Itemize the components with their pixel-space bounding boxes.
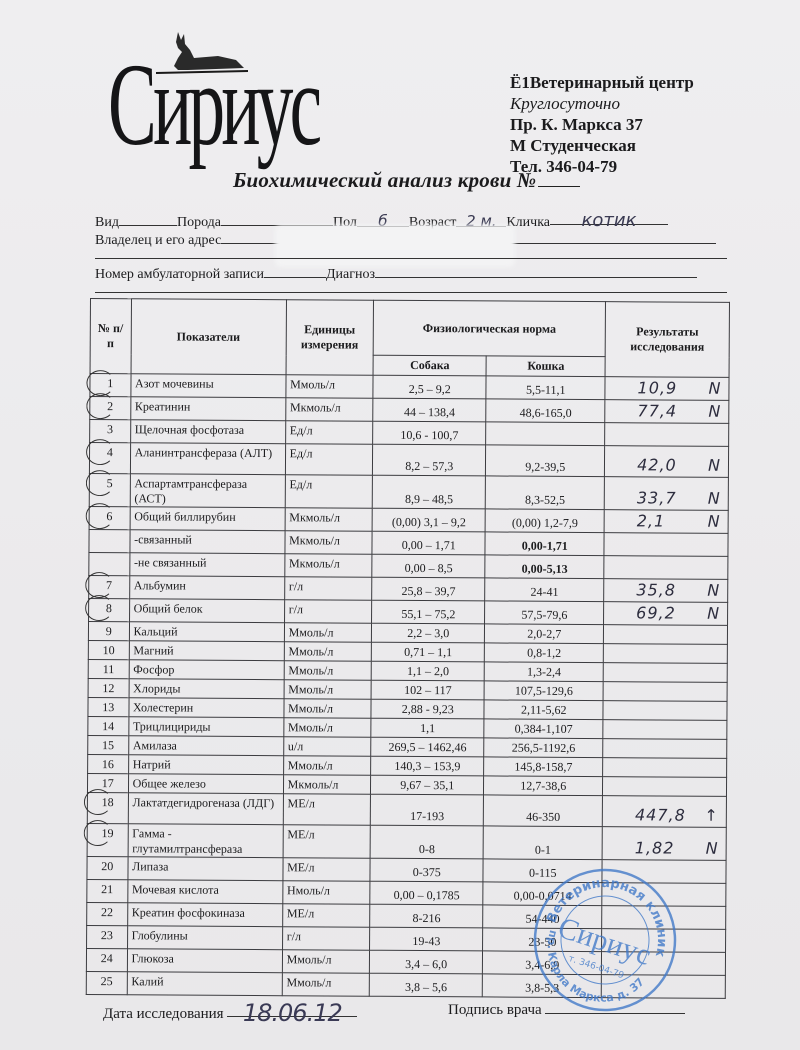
cat-norm-cell: 0,00-1,71 <box>485 532 604 556</box>
result-cell: 447,8↑ <box>602 796 726 828</box>
dog-norm-cell: 0,00 – 1,71 <box>372 531 486 555</box>
table-row: 4Аланинтрансфераза (АЛТ)Ед/л8,2 – 57,39,… <box>89 443 728 478</box>
dog-norm: 8,9 – 48,5 <box>405 492 453 506</box>
row-number-cell: 12 <box>88 678 129 697</box>
dog-norm-cell: 3,8 – 5,6 <box>369 973 483 997</box>
cat-norm-cell: 256,5-1192,6 <box>484 738 603 758</box>
row-number-cell: 21 <box>87 879 128 902</box>
header-results: Результаты исследования <box>605 302 729 378</box>
row-number: 25 <box>101 974 113 988</box>
unit: Ммоль/л <box>288 644 333 658</box>
circle-mark-icon <box>84 820 112 846</box>
dog-norm-cell: 0,00 – 8,5 <box>372 554 486 578</box>
dog-norm: 55,1 – 75,2 <box>401 607 455 621</box>
study-date-label: Дата исследования <box>103 1006 224 1022</box>
cat-norm: 256,5-1192,6 <box>512 741 576 755</box>
result-cell <box>603 739 727 759</box>
unit-cell: Ммоль/л <box>284 661 372 681</box>
unit-cell: Ммоль/л <box>284 680 372 700</box>
clinic-hours: Круглосуточно <box>510 93 694 114</box>
dog-norm-cell: 8-216 <box>370 904 484 928</box>
dog-norm: 0,00 – 8,5 <box>405 561 453 575</box>
unit: Ммоль/л <box>288 663 333 677</box>
unit: Мкмоль/л <box>290 400 341 414</box>
row-number: 13 <box>102 700 114 714</box>
indicator-name: Креатинин <box>135 399 191 413</box>
dog-norm: 0,00 – 1,71 <box>402 538 456 552</box>
indicator-name-cell: Фосфор <box>129 660 284 680</box>
indicator-name-cell: Креатинин <box>130 397 285 421</box>
unit: МЕ/л <box>288 796 315 810</box>
indicator-name-cell: Общее железо <box>128 774 283 794</box>
indicator-name: Гамма - глутамилтрансфераза <box>132 826 242 856</box>
dog-norm-cell: 1,1 <box>371 718 485 738</box>
cat-norm-cell: 0,384-1,107 <box>484 719 603 739</box>
circle-mark-icon <box>86 470 114 496</box>
circle-mark-icon <box>84 789 112 815</box>
cat-norm: 0,00-1,71 <box>522 539 568 553</box>
result-value: 77,4 <box>637 401 677 420</box>
unit: Ед/л <box>290 446 313 460</box>
row-number-cell: 8 <box>89 598 130 621</box>
unit: Мкмоль/л <box>289 533 340 547</box>
cat-norm: (0,00) 1,2-7,9 <box>512 516 578 530</box>
row-number: 12 <box>102 681 114 695</box>
indicator-name: Глобулины <box>132 928 188 942</box>
circle-mark-icon <box>85 595 113 621</box>
dog-norm-cell: 19-43 <box>370 927 484 951</box>
row-number-cell: 15 <box>88 735 129 754</box>
dog-norm-cell: 2,5 – 9,2 <box>373 375 487 399</box>
indicator-name: Холестерин <box>133 700 193 714</box>
owner-label: Владелец и его адрес <box>95 233 221 248</box>
result-flag: N <box>708 456 720 475</box>
unit-cell: Ммоль/л <box>283 756 371 776</box>
cat-norm: 2,0-2,7 <box>527 627 561 641</box>
indicator-name-cell: Щелочная фосфотаза <box>130 420 285 444</box>
document-title-text: Биохимический анализ крови № <box>233 168 536 192</box>
dog-norm-cell: 55,1 – 75,2 <box>372 600 486 624</box>
indicator-name: Липаза <box>132 859 168 873</box>
header-norm: Физиологическая норма <box>373 300 605 356</box>
cat-norm-cell: 12,7-38,6 <box>484 776 603 796</box>
result-cell <box>603 758 727 778</box>
unit-cell: Ммоль/л <box>284 623 372 643</box>
row-number-cell: 14 <box>88 716 129 735</box>
indicator-name-cell: Холестерин <box>129 698 284 718</box>
unit: Ммоль/л <box>288 682 333 696</box>
row-number: 3 <box>107 422 113 436</box>
indicator-name: Общее железо <box>133 776 206 790</box>
cat-norm-cell: 9,2-39,5 <box>486 445 605 477</box>
unit: МЕ/л <box>287 860 314 874</box>
result-flag: N <box>708 489 720 508</box>
indicator-name: Трицлицириды <box>133 719 211 733</box>
row-number: 17 <box>102 776 114 790</box>
unit: Мкмоль/л <box>289 510 340 524</box>
unit: Нмоль/л <box>287 883 330 897</box>
unit-cell: г/л <box>284 600 372 624</box>
indicator-name: Мочевая кислота <box>132 882 219 897</box>
result-flag: N <box>708 379 720 398</box>
header-indicator: Показатели <box>131 299 287 375</box>
unit: Ммоль/л <box>288 758 333 772</box>
row-number-cell: 19 <box>87 823 128 856</box>
indicator-name: Магний <box>133 643 173 657</box>
header-units: Единицы измерения <box>286 300 374 376</box>
indicator-name: Лактатдегидрогеназа (ЛДГ) <box>132 795 274 810</box>
cat-norm-cell: 1,3-2,4 <box>485 662 604 682</box>
dog-norm: 2,2 – 3,0 <box>407 626 449 640</box>
dog-norm-cell: 0-375 <box>370 858 484 882</box>
indicator-name-cell: -не связанный <box>129 553 284 577</box>
cat-norm: 0,8-1,2 <box>527 646 561 660</box>
result-cell <box>603 682 727 702</box>
result-cell <box>604 556 728 580</box>
unit-cell: Мкмоль/л <box>285 531 373 555</box>
unit-cell: Ммоль/л <box>286 375 374 399</box>
indicator-name: Общий биллирубин <box>134 509 236 524</box>
table-row: 5Аспартамтрансфераза (АСТ)Ед/л8,9 – 48,5… <box>89 473 728 510</box>
row-number-cell: 4 <box>89 443 130 474</box>
clinic-info: Ё1Ветеринарный центр Круглосуточно Пр. К… <box>510 72 694 177</box>
header-num: № п/п <box>90 299 131 374</box>
cat-norm: 48,6-165,0 <box>520 406 572 420</box>
result-cell: 2,1N <box>604 510 728 534</box>
row-number-cell: 9 <box>88 621 129 640</box>
indicator-name: Хлориды <box>133 681 180 695</box>
dog-norm: 3,4 – 6,0 <box>405 957 447 971</box>
row-number-cell: 25 <box>86 971 127 994</box>
row-number: 22 <box>101 905 113 919</box>
cat-norm: 57,5-79,6 <box>521 608 567 622</box>
cat-norm: 0,384-1,107 <box>515 722 573 736</box>
unit: Мкмоль/л <box>288 777 339 791</box>
unit-cell: Нмоль/л <box>282 881 370 905</box>
breed-field <box>221 211 333 226</box>
indicator-name: Калий <box>131 974 163 988</box>
cat-norm: 1,3-2,4 <box>527 665 561 679</box>
circle-mark-icon <box>86 503 114 529</box>
dog-norm: 0-8 <box>419 842 435 856</box>
unit: Ммоль/л <box>288 701 333 715</box>
indicator-name-cell: Липаза <box>128 857 283 881</box>
result-value: 69,2 <box>636 603 676 622</box>
circle-mark-icon <box>86 393 114 419</box>
cat-norm: 145,8-158,7 <box>514 760 572 774</box>
result-value: 35,8 <box>636 580 676 599</box>
dog-norm-cell: 0,00 – 0,1785 <box>370 881 484 905</box>
dog-norm-cell: 8,2 – 57,3 <box>372 444 486 476</box>
dog-norm-cell: 140,3 – 153,9 <box>371 756 485 776</box>
indicator-name-cell: Мочевая кислота <box>127 880 282 904</box>
header-dog: Собака <box>373 355 487 376</box>
row-number: 23 <box>101 928 113 942</box>
dog-norm-cell: 3,4 – 6,0 <box>369 950 483 974</box>
indicator-name-cell: Трицлицириды <box>128 717 283 737</box>
indicator-name: Аланинтрансфераза (АЛТ) <box>135 445 273 460</box>
row-number: 10 <box>103 643 115 657</box>
species-field <box>119 211 177 226</box>
unit: Мкмоль/л <box>289 556 340 570</box>
cat-norm: 5,5-11,1 <box>526 383 566 397</box>
dog-norm-cell: 102 – 117 <box>371 680 485 700</box>
result-cell: 35,8N <box>604 579 728 603</box>
unit: г/л <box>289 579 303 593</box>
cat-norm: 12,7-38,6 <box>520 779 566 793</box>
dog-norm-cell: 2,88 - 9,23 <box>371 699 485 719</box>
cat-norm-cell: 0,8-1,2 <box>485 643 604 663</box>
cat-norm-cell: 48,6-165,0 <box>486 399 605 423</box>
unit-cell: Ммоль/л <box>283 718 371 738</box>
dog-norm: (0,00) 3,1 – 9,2 <box>392 515 466 529</box>
indicator-name-cell: Натрий <box>128 755 283 775</box>
result-cell <box>603 644 727 664</box>
indicator-name-cell: Аланинтрансфераза (АЛТ) <box>130 443 285 475</box>
row-number-cell: 18 <box>87 792 128 823</box>
unit: МЕ/л <box>287 906 314 920</box>
indicator-name-cell: Общий биллирубин <box>130 507 285 531</box>
indicator-name-cell: Хлориды <box>129 679 284 699</box>
dog-norm: 17-193 <box>410 809 444 823</box>
indicator-name-cell: Азот мочевины <box>130 374 285 398</box>
table-row: 19Гамма - глутамилтрансферазаМЕ/л0-80-11… <box>87 823 726 860</box>
indicator-name-cell: Магний <box>129 641 284 661</box>
unit: Ммоль/л <box>286 975 331 989</box>
indicator-name: Натрий <box>133 757 171 771</box>
dog-norm-cell: 17-193 <box>370 794 484 826</box>
row-number: 15 <box>102 738 114 752</box>
dog-norm-cell: 9,67 – 35,1 <box>371 775 485 795</box>
logo-text: Сириус <box>108 46 318 164</box>
unit-cell: г/л <box>282 927 370 951</box>
unit: МЕ/л <box>287 827 314 841</box>
dog-norm: 3,8 – 5,6 <box>405 980 447 994</box>
unit-cell: Мкмоль/л <box>284 554 372 578</box>
indicator-name-cell: Гамма - глутамилтрансфераза <box>128 824 283 858</box>
row-number-cell <box>89 529 130 552</box>
cat-norm-cell: 24-41 <box>485 578 604 602</box>
row-number: 11 <box>103 662 115 676</box>
clinic-metro: М Студенческая <box>510 135 694 156</box>
result-flag: N <box>707 581 719 600</box>
owner-address-line-2 <box>95 258 727 259</box>
unit: г/л <box>287 929 301 943</box>
unit-cell: Мкмоль/л <box>285 398 373 422</box>
unit-cell: Ммоль/л <box>282 973 370 997</box>
cat-norm: 46-350 <box>526 810 560 824</box>
unit-cell: Ед/л <box>285 444 373 476</box>
result-value: 1,82 <box>635 838 675 857</box>
result-value: 2,1 <box>637 511 666 530</box>
dog-norm: 0,71 – 1,1 <box>404 645 452 659</box>
row-number: 14 <box>102 719 114 733</box>
indicator-name-cell: Креатин фосфокиназа <box>127 903 282 927</box>
unit-cell: МЕ/л <box>283 858 371 882</box>
clinic-logo: Сириус <box>108 28 308 178</box>
row-number-cell: 11 <box>88 659 129 678</box>
result-cell <box>603 701 727 721</box>
row-number-cell: 2 <box>90 397 131 420</box>
row-number: 21 <box>101 882 113 896</box>
dog-norm: 2,5 – 9,2 <box>409 382 451 396</box>
unit-cell: Ммоль/л <box>284 642 372 662</box>
table-row: 18Лактатдегидрогеназа (ЛДГ)МЕ/л17-19346-… <box>87 792 726 827</box>
unit-cell: Ммоль/л <box>284 699 372 719</box>
indicator-name: Аспартамтрансфераза (АСТ) <box>134 476 247 505</box>
indicator-name-cell: Глобулины <box>127 926 282 950</box>
circle-mark-icon <box>86 439 114 465</box>
indicator-name-cell: Калий <box>127 972 282 996</box>
unit-cell: Мкмоль/л <box>285 508 373 532</box>
document-number-blank <box>538 168 580 187</box>
unit-cell: Ммоль/л <box>282 950 370 974</box>
indicator-name: Общий белок <box>134 601 203 615</box>
dog-norm: 8,2 – 57,3 <box>405 459 453 473</box>
row-number: 16 <box>102 757 114 771</box>
dog-norm: 0-375 <box>413 865 441 879</box>
document-title: Биохимический анализ крови № <box>233 168 580 193</box>
indicator-name: -связанный <box>134 532 192 546</box>
row-number-cell: 22 <box>87 902 128 925</box>
cat-norm-cell <box>486 422 605 446</box>
result-cell: 77,4N <box>605 400 729 424</box>
dog-norm-cell: 2,2 – 3,0 <box>371 623 485 643</box>
indicator-name-cell: Общий белок <box>129 599 284 623</box>
cat-norm: 107,5-129,6 <box>515 684 573 698</box>
row-number-cell: 20 <box>87 856 128 879</box>
diagnosis-label: Диагноз <box>326 267 375 282</box>
header-cat: Кошка <box>487 356 606 377</box>
dog-norm-cell: 8,9 – 48,5 <box>372 475 486 509</box>
record-field <box>264 263 326 278</box>
dog-norm-cell: 0,71 – 1,1 <box>371 642 485 662</box>
unit: Ммоль/л <box>287 952 332 966</box>
result-cell <box>605 423 729 447</box>
breed-label: Порода <box>177 215 221 230</box>
dog-norm: 19-43 <box>412 934 440 948</box>
dog-norm: 1,1 – 2,0 <box>407 664 449 678</box>
dog-norm: 140,3 – 153,9 <box>394 759 460 773</box>
result-value: 10,9 <box>638 378 678 397</box>
unit-cell: Ед/л <box>285 475 373 509</box>
row-number: 9 <box>106 624 112 638</box>
row-number-cell: 16 <box>88 754 129 773</box>
redacted-owner-address <box>275 225 515 267</box>
indicator-name: Амилаза <box>133 738 177 752</box>
result-cell: 42,0N <box>605 446 729 478</box>
cat-norm-cell: 107,5-129,6 <box>485 681 604 701</box>
unit-cell: Мкмоль/л <box>283 775 371 795</box>
result-cell <box>603 720 727 740</box>
indicator-name: Щелочная фосфотаза <box>135 422 244 437</box>
unit-cell: u/л <box>283 737 371 757</box>
record-label: Номер амбулаторной записи <box>95 267 264 282</box>
dog-norm: 44 – 138,4 <box>404 405 455 419</box>
cat-norm: 8,3-52,5 <box>525 493 565 507</box>
unit: г/л <box>289 602 303 616</box>
dog-norm: 25,8 – 39,7 <box>401 584 455 598</box>
signature-label: Подпись врача <box>448 1002 542 1018</box>
cat-norm-cell: 8,3-52,5 <box>486 476 605 510</box>
species-label: Вид <box>95 215 119 230</box>
result-cell: 69,2N <box>604 602 728 626</box>
result-cell: 1,82N <box>602 827 726 861</box>
indicator-name: -не связанный <box>134 555 207 569</box>
unit-cell: г/л <box>284 577 372 601</box>
dog-norm-cell: 10,6 - 100,7 <box>373 421 487 445</box>
dog-norm: 1,1 <box>420 721 435 735</box>
study-date-field: 18.06.12 <box>227 996 357 1017</box>
unit-cell: Ед/л <box>285 421 373 445</box>
dog-norm: 102 – 117 <box>404 683 452 697</box>
row-number-cell: 10 <box>88 640 129 659</box>
cat-norm-cell: 2,0-2,7 <box>485 624 604 644</box>
cat-norm: 0-1 <box>535 843 551 857</box>
record-line: Номер амбулаторной записиДиагноз <box>95 263 697 283</box>
cat-norm: 2,11-5,62 <box>521 703 567 717</box>
unit: Ед/л <box>289 477 312 491</box>
indicator-name-cell: Глюкоза <box>127 949 282 973</box>
dog-norm-cell: 0-8 <box>370 825 484 859</box>
dog-norm-cell: 1,1 – 2,0 <box>371 661 485 681</box>
row-number-cell: 13 <box>88 697 129 716</box>
indicator-name-cell: Кальций <box>129 622 284 642</box>
row-number: 20 <box>101 859 113 873</box>
result-value: 42,0 <box>637 455 677 474</box>
indicator-name: Фосфор <box>133 662 174 676</box>
result-value: 33,7 <box>637 488 677 507</box>
dog-norm-cell: (0,00) 3,1 – 9,2 <box>372 508 486 532</box>
study-date: Дата исследования 18.06.12 <box>103 996 357 1023</box>
row-number-cell: 23 <box>87 925 128 948</box>
row-number-cell: 5 <box>89 473 130 506</box>
result-flag: N <box>708 512 720 531</box>
unit: Ммоль/л <box>289 625 334 639</box>
cat-norm-cell: (0,00) 1,2-7,9 <box>486 509 605 533</box>
diagnosis-field <box>375 263 697 278</box>
result-cell <box>604 625 728 645</box>
dog-norm-cell: 25,8 – 39,7 <box>372 577 486 601</box>
indicator-name: Кальций <box>134 624 178 638</box>
cat-norm-cell: 0,00-5,13 <box>485 555 604 579</box>
row-number-cell: 24 <box>86 948 127 971</box>
unit: Ммоль/л <box>288 720 333 734</box>
result-cell <box>603 777 727 797</box>
unit: Ед/л <box>290 423 313 437</box>
unit: u/л <box>288 739 303 753</box>
unit-cell: МЕ/л <box>282 904 370 928</box>
dog-norm-cell: 44 – 138,4 <box>373 398 487 422</box>
result-flag: N <box>706 839 718 858</box>
indicator-name-cell: Амилаза <box>128 736 283 756</box>
lab-report-page: Сириус Ё1Ветеринарный центр Круглосуточн… <box>0 0 800 1050</box>
cat-norm-cell: 46-350 <box>484 795 603 827</box>
dog-norm: 2,88 - 9,23 <box>402 702 454 716</box>
result-flag: N <box>708 402 720 421</box>
result-cell: 33,7N <box>604 477 728 511</box>
result-cell <box>603 663 727 683</box>
indicator-name-cell: -связанный <box>130 530 285 554</box>
indicator-name: Креатин фосфокиназа <box>132 905 245 920</box>
indicator-name-cell: Альбумин <box>129 576 284 600</box>
dog-norm-cell: 269,5 – 1462,46 <box>371 737 485 757</box>
unit: Ммоль/л <box>290 377 335 391</box>
row-number-cell: 6 <box>89 506 130 529</box>
result-cell <box>604 533 728 557</box>
cat-norm: 0,00-5,13 <box>522 562 568 576</box>
indicator-name: Глюкоза <box>132 951 174 965</box>
